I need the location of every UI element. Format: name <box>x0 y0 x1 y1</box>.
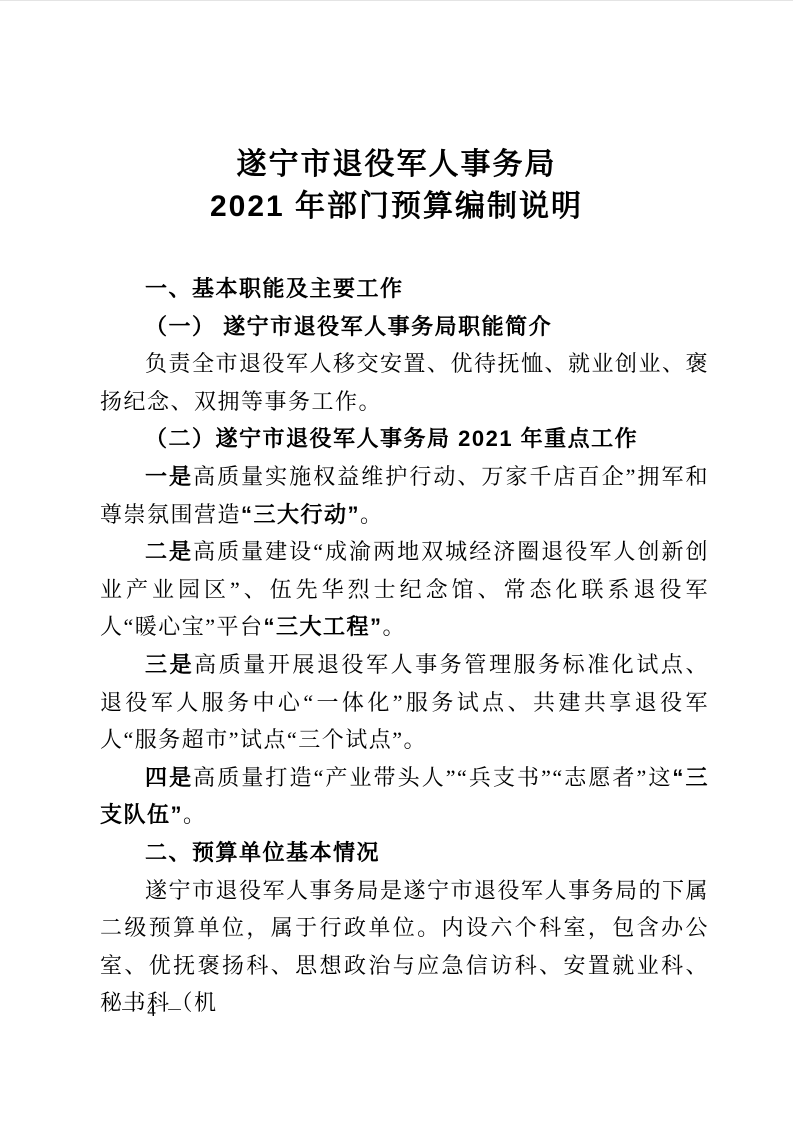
text-segment: 负责全市退役军人移交安置、优待抚恤、就业创业、褒扬纪念、双拥等事务工作。 <box>100 351 709 414</box>
paragraph: 二是高质量建设“成渝两地双城经济圈退役军人创新创业产业园区”、伍先华烈士纪念馆、… <box>100 533 709 646</box>
text-segment: 。 <box>383 614 407 639</box>
text-segment: 一是 <box>145 464 193 489</box>
text-segment: “三大行动” <box>241 502 360 527</box>
heading2: （二）遂宁市退役军人事务局 2021 年重点工作 <box>100 420 709 458</box>
paragraph: 三是高质量开展退役军人事务管理服务标准化试点、退役军人服务中心“一体化”服务试点… <box>100 646 709 759</box>
text-segment: “三大工程” <box>264 614 383 639</box>
heading1: 二、预算单位基本情况 <box>100 834 709 872</box>
text-segment: 遂宁市退役军人事务局是遂宁市退役军人事务局的下属二级预算单位，属于行政单位。内设… <box>100 878 709 1016</box>
document-title-line1: 遂宁市退役军人事务局 <box>0 144 793 186</box>
page-number: － 4 － <box>120 996 186 1021</box>
text-segment: 二是 <box>145 539 193 564</box>
text-segment: 。 <box>183 802 207 827</box>
document-page: 遂宁市退役军人事务局 2021 年部门预算编制说明 一、基本职能及主要工作（一）… <box>0 0 793 1122</box>
paragraph: 遂宁市退役军人事务局是遂宁市退役军人事务局的下属二级预算单位，属于行政单位。内设… <box>100 872 709 1022</box>
document-body: 一、基本职能及主要工作（一） 遂宁市退役军人事务局职能简介负责全市退役军人移交安… <box>100 270 709 1022</box>
paragraph: 负责全市退役军人移交安置、优待抚恤、就业创业、褒扬纪念、双拥等事务工作。 <box>100 345 709 420</box>
document-title-line2: 2021 年部门预算编制说明 <box>0 186 793 228</box>
heading2: （一） 遂宁市退役军人事务局职能简介 <box>100 308 709 346</box>
text-segment: 三是 <box>145 652 194 677</box>
heading1: 一、基本职能及主要工作 <box>100 270 709 308</box>
text-segment: 。 <box>360 502 384 527</box>
text-segment: 高质量打造“产业带头人”“兵支书”“志愿者”这 <box>193 765 672 790</box>
paragraph: 一是高质量实施权益维护行动、万家千店百企”拥军和尊崇氛围营造“三大行动”。 <box>100 458 709 533</box>
paragraph: 四是高质量打造“产业带头人”“兵支书”“志愿者”这“三支队伍”。 <box>100 759 709 834</box>
text-segment: 四是 <box>145 765 193 790</box>
document-title: 遂宁市退役军人事务局 2021 年部门预算编制说明 <box>0 1 793 228</box>
